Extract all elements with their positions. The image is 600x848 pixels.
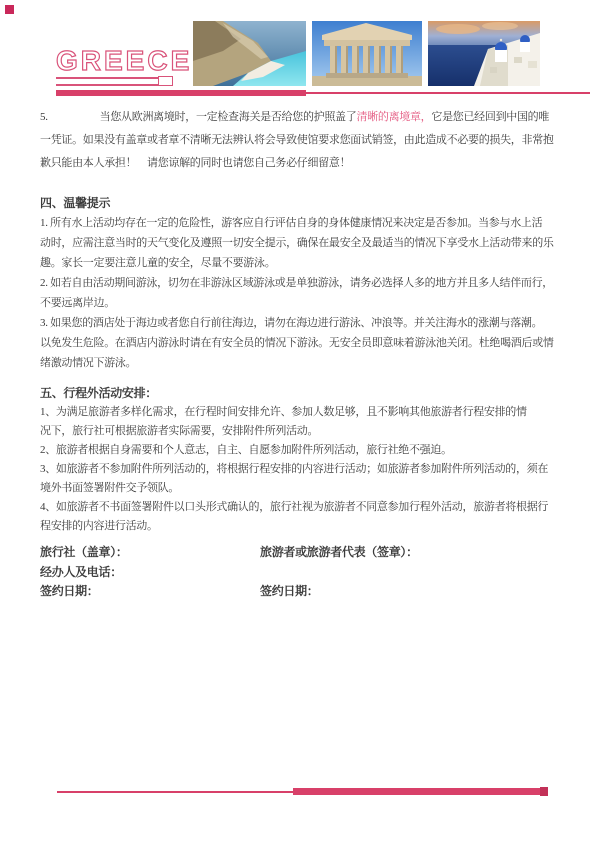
corner-square-mark [5,5,14,14]
logo-underline-2 [56,84,172,86]
item5-line-1: 5.当您从欧洲离境时，一定检查海关是否给您的护照盖了清晰的离境章，它是您已经回到… [40,106,554,129]
logo-underline-1 [56,77,168,79]
sign-date-label-left: 签约日期： [40,584,99,598]
section5-heading: 五、行程外活动安排： [40,384,157,403]
agency-seal-label: 旅行社（盖章）： [40,545,128,559]
highlighted-exit-stamp-text: 清晰的离境章， [356,111,431,123]
signature-row-2: 经办人及电话： [40,563,128,583]
document-page: GREECE [0,0,600,848]
section4-item2-line2: 不要远离岸边。 [40,293,554,313]
footer-end-square [540,787,548,796]
section4-item1-line3: 趣。家长一定要注意儿童的安全，尽量不要游泳。 [40,253,554,273]
section4-item2-line1: 2. 如若自由活动期间游泳，切勿在非游泳区域游泳或是单独游泳，请务必选择人多的地… [40,273,554,293]
item5-line-2: 一凭证。如果没有盖章或者章不清晰无法辨认将会导致使馆要求您面试销签，由此造成不必… [40,129,554,152]
paragraph-item-5: 5.当您从欧洲离境时，一定检查海关是否给您的护照盖了清晰的离境章，它是您已经回到… [40,106,554,175]
signature-row-1: 旅行社（盖章）： 旅游者或旅游者代表（签章）： [40,543,128,563]
section5-item4-line1: 4、如旅游者不书面签署附件以口头形式确认的，旅行社视为旅游者不同意参加行程外活动… [40,498,548,517]
sign-date-label-right: 签约日期： [260,582,319,602]
section5-item3-line1: 3、如旅游者不参加附件所列活动的，将根据行程安排的内容进行活动；如旅游者参加附件… [40,460,548,479]
section5-item1-line2: 况下，旅行社可根据旅游者实际需要，安排附件所列活动。 [40,422,548,441]
section4-item3-line2: 以免发生危险。在酒店内游泳时请在有安全员的情况下游泳。无安全员即意味着游泳池关闭… [40,333,554,353]
traveler-sign-label: 旅游者或旅游者代表（签章）： [260,543,418,563]
signature-block: 旅行社（盖章）： 旅游者或旅游者代表（签章）： 经办人及电话： 签约日期： 签约… [40,543,128,602]
signature-row-3: 签约日期： 签约日期： [40,582,128,602]
section5-item3-line2: 境外书面签署附件交予领队。 [40,479,548,498]
footer-rule-thick [293,788,540,795]
handler-phone-label: 经办人及电话： [40,565,122,579]
section5-item1-line1: 1、为满足旅游者多样化需求，在行程时间安排允许、参加人数足够，且不影响其他旅游者… [40,403,548,422]
logo-end-box [158,76,173,86]
section5-body: 1、为满足旅游者多样化需求，在行程时间安排允许、参加人数足够，且不影响其他旅游者… [40,403,548,536]
santorini-photo [428,21,540,86]
section4-item3-line3: 绪激动情况下游泳。 [40,353,554,373]
section4-item1-line2: 动时，应需注意当时的天气变化及遵照一切安全提示，确保在最安全及最适当的情况下享受… [40,233,554,253]
parthenon-photo-graphic [312,21,422,86]
navagio-beach-photo [193,21,306,86]
section4-body: 1. 所有水上活动均存在一定的危险性，游客应自行评估自身的身体健康情况来决定是否… [40,213,554,373]
footer-rule-thin [57,791,293,793]
santorini-photo-graphic [428,21,540,86]
greece-logo: GREECE [56,46,192,76]
section4-heading: 四、温馨提示 [40,193,110,213]
section5-item4-line2: 程安排的内容进行活动。 [40,517,548,536]
header-rule-thin [306,92,590,94]
item5-number: 5. [40,111,48,123]
item5-line-3: 歉只能由本人承担！ 请您谅解的同时也请您自己务必仔细留意！ [40,152,554,175]
parthenon-photo [312,21,422,86]
section4-item3-line1: 3. 如果您的酒店处于海边或者您自行前往海边，请勿在海边进行游泳、冲浪等。并关注… [40,313,554,333]
header-rule-thick [56,90,306,96]
section4-item1-line1: 1. 所有水上活动均存在一定的危险性，游客应自行评估自身的身体健康情况来决定是否… [40,213,554,233]
section5-item2-line1: 2、旅游者根据自身需要和个人意志，自主、自愿参加附件所列活动，旅行社绝不强迫。 [40,441,548,460]
beach-photo-graphic [193,21,306,86]
